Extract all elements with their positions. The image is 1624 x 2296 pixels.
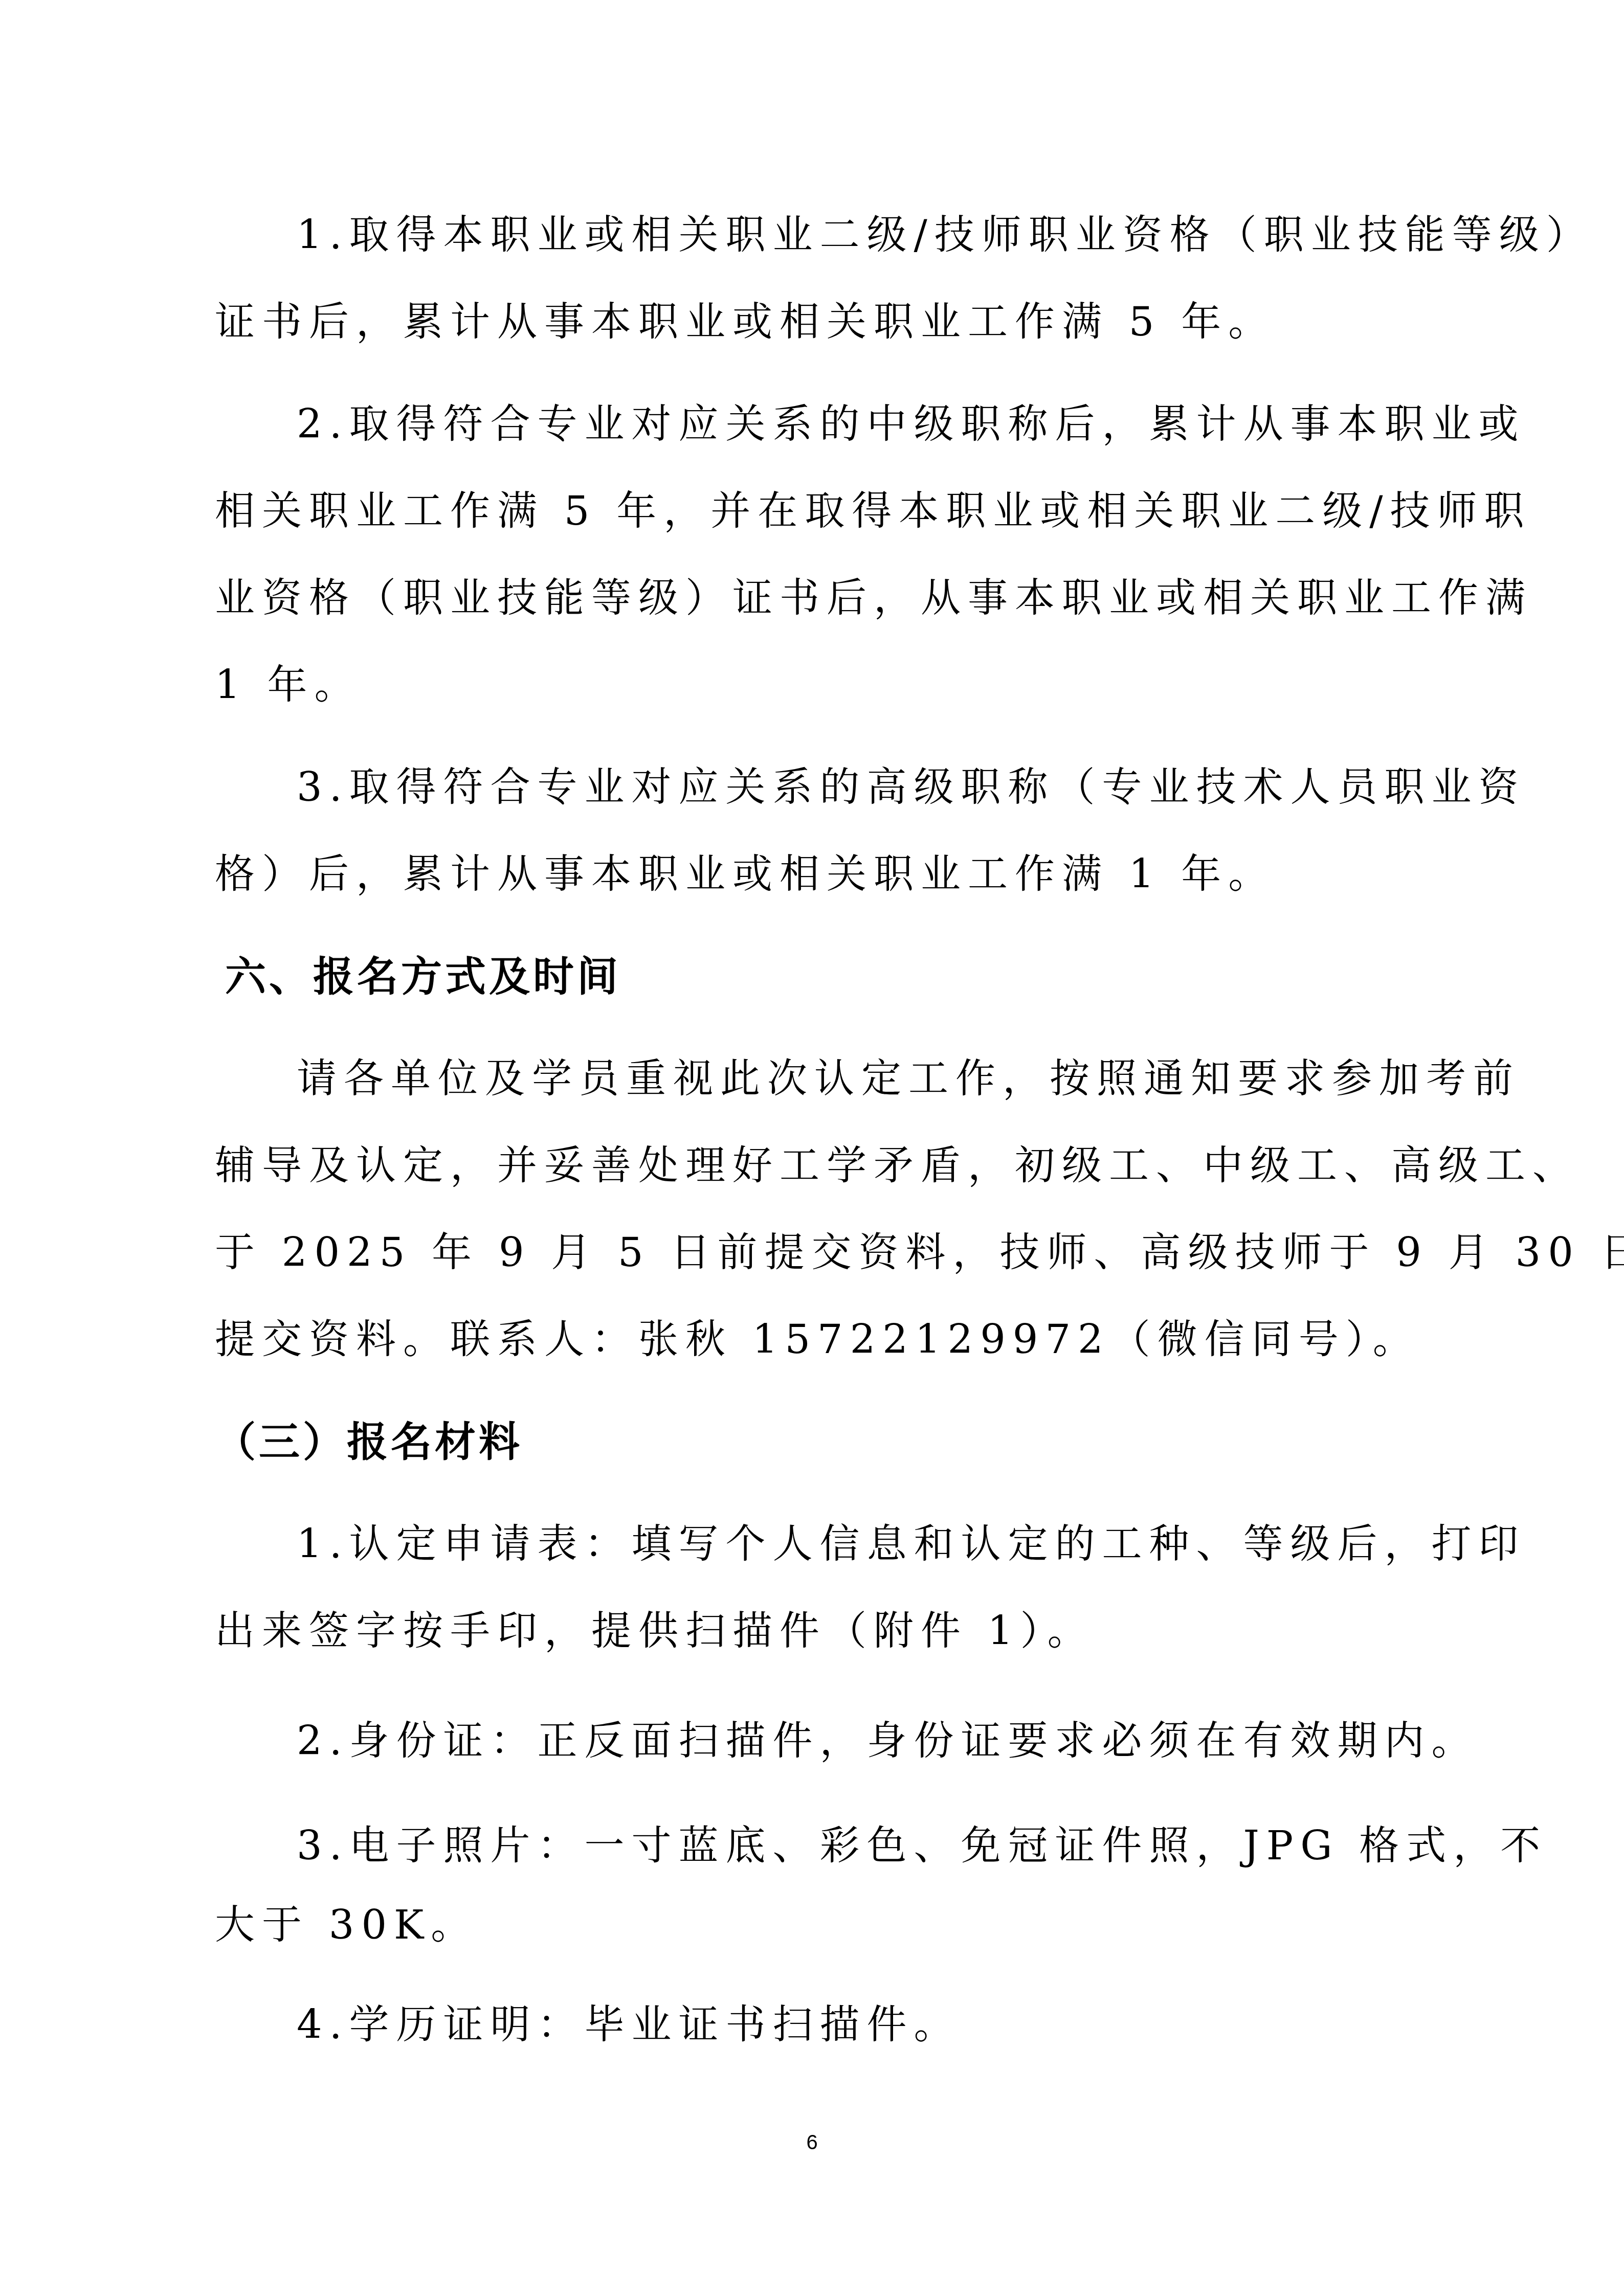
- materials-item-4-line-1: 4.学历证明：毕业证书扫描件。: [297, 1999, 961, 2051]
- requirement-item-1-line-1: 1.取得本职业或相关职业二级/技师职业资格（职业技能等级）: [297, 210, 1593, 261]
- materials-item-3-line-1: 3.电子照片：一寸蓝底、彩色、免冠证件照，JPG 格式，不: [297, 1820, 1547, 1872]
- registration-paragraph-line-4: 提交资料。联系人：张秋 15722129972（微信同号）。: [215, 1314, 1420, 1365]
- materials-item-3-line-2: 大于 30K。: [215, 1900, 478, 1951]
- requirement-item-1-line-2: 证书后，累计从事本职业或相关职业工作满 5 年。: [215, 297, 1275, 348]
- requirement-item-3-line-2: 格）后，累计从事本职业或相关职业工作满 1 年。: [215, 849, 1275, 900]
- document-page: 1.取得本职业或相关职业二级/技师职业资格（职业技能等级） 证书后，累计从事本职…: [0, 0, 1624, 2296]
- registration-paragraph-line-1: 请各单位及学员重视此次认定工作，按照通知要求参加考前: [297, 1053, 1520, 1105]
- requirement-item-2-line-4: 1 年。: [215, 660, 361, 711]
- registration-paragraph-line-3: 于 2025 年 9 月 5 日前提交资料，技师、高级技师于 9 月 30 日前: [215, 1227, 1624, 1278]
- requirement-item-2-line-2: 相关职业工作满 5 年，并在取得本职业或相关职业二级/技师职: [215, 486, 1531, 537]
- section-heading-registration: 六、报名方式及时间: [225, 951, 621, 1002]
- materials-item-2-line-1: 2.身份证：正反面扫描件，身份证要求必须在有效期内。: [297, 1716, 1478, 1767]
- registration-paragraph-line-2: 辅导及认定，并妥善处理好工学矛盾，初级工、中级工、高级工、: [215, 1140, 1579, 1191]
- materials-item-1-line-1: 1.认定申请表：填写个人信息和认定的工种、等级后，打印: [297, 1519, 1525, 1570]
- page-number: 6: [0, 2130, 1624, 2155]
- requirement-item-2-line-1: 2.取得符合专业对应关系的中级职称后，累计从事本职业或: [297, 399, 1525, 450]
- requirement-item-2-line-3: 业资格（职业技能等级）证书后，从事本职业或相关职业工作满: [215, 573, 1532, 624]
- materials-item-1-line-2: 出来签字按手印，提供扫描件（附件 1）。: [215, 1606, 1094, 1657]
- section-heading-materials: （三）报名材料: [215, 1416, 523, 1468]
- requirement-item-3-line-1: 3.取得符合专业对应关系的高级职称（专业技术人员职业资: [297, 762, 1525, 813]
